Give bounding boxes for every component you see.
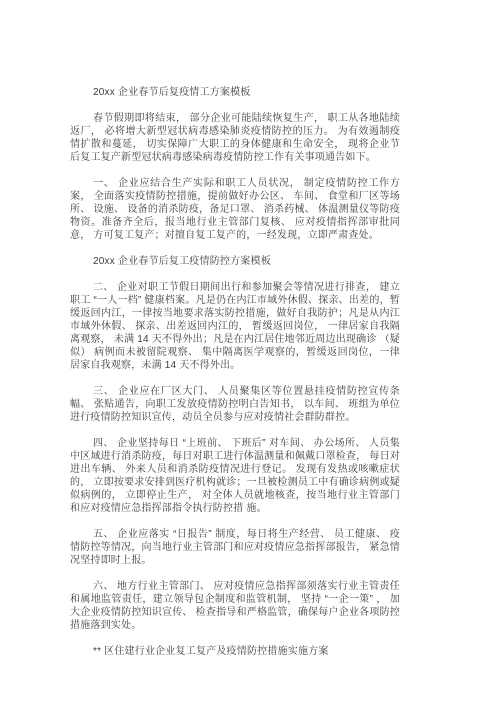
paragraph-item-6: 六、 地方行业主管部门、 应对疫情应急指挥部须落实行业主管责任和属地监管责任，建… (70, 580, 400, 632)
paragraph-item-1: 一、 企业应结合生产实际和职工人员状况， 制定疫情防控工作方案， 全面落实疫情防… (70, 177, 400, 242)
document-title: 20xx 企业春节后复疫情工方案模板 (70, 86, 400, 99)
paragraph-item-2: 二、 企业对职工节假日期间出行和参加聚会等情况进行排查， 建立职工 “一人一档”… (70, 281, 400, 372)
document-page: 20xx 企业春节后复疫情工方案模板 春节假期即将结束， 部分企业可能陆续恢复生… (0, 0, 500, 708)
footer-title: ** 区住建行业企业复工复产及疫情防控措施实施方案 (70, 645, 400, 658)
paragraph-item-4: 四、 企业坚持每日 “上班前、 下班后” 对车间、 办公场所、 人员集中区域进行… (70, 437, 400, 515)
document-subtitle: 20xx 企业春节后复工疫情防控方案模板 (70, 255, 400, 268)
intro-paragraph: 春节假期即将结束， 部分企业可能陆续恢复生产， 职工从各地陆续返厂， 必将增大新… (70, 112, 400, 164)
paragraph-item-3: 三、 企业应在厂区大门、 人员聚集区等位置悬挂疫情防控宣传条幅、 张贴通告，向职… (70, 385, 400, 424)
paragraph-item-5: 五、 企业应落实 “日报告” 制度，每日将生产经营、 员工健康、 疫情防控等情况… (70, 528, 400, 567)
